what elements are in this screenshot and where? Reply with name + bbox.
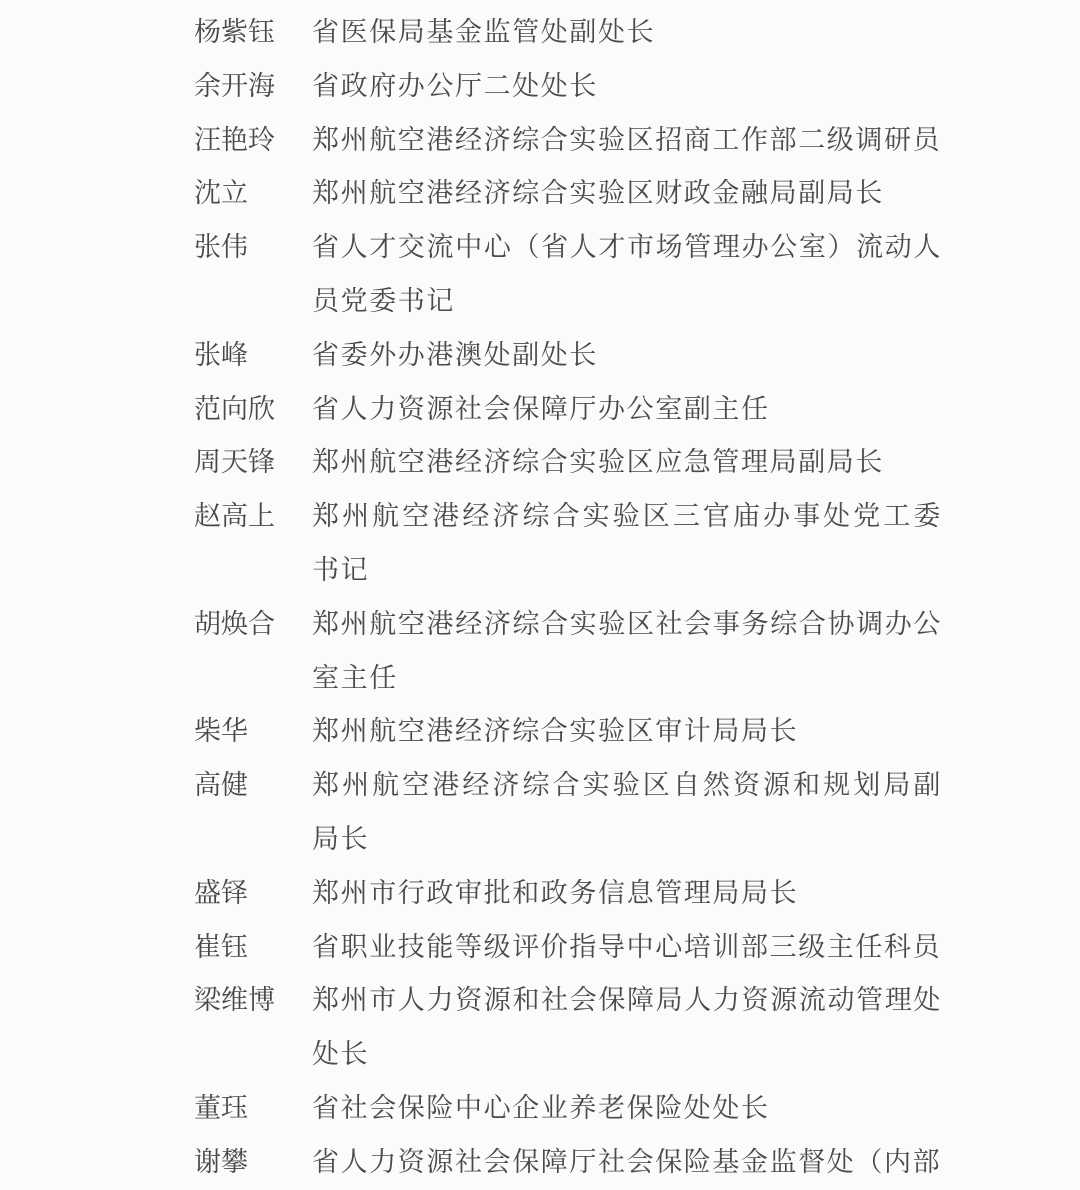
title-line: 郑州航空港经济综合实验区审计局局长: [312, 705, 942, 759]
title-line: 省人力资源社会保障厅社会保险基金监督处（内部: [312, 1136, 942, 1190]
person-name: 汪艳玲: [194, 114, 286, 168]
roster-entry: 沈立郑州航空港经济综合实验区财政金融局副局长: [194, 167, 952, 221]
document-page: 杨紫钰省医保局基金监管处副处长余开海省政府办公厅二处处长汪艳玲郑州航空港经济综合…: [0, 0, 1080, 1190]
roster-entry: 柴华郑州航空港经济综合实验区审计局局长: [194, 705, 952, 759]
roster-entry: 董珏省社会保险中心企业养老保险处处长: [194, 1082, 952, 1136]
position-title: 郑州航空港经济综合实验区招商工作部二级调研员: [312, 114, 942, 168]
position-title: 郑州市人力资源和社会保障局人力资源流动管理处处长: [312, 974, 942, 1082]
position-title: 郑州航空港经济综合实验区应急管理局副局长: [312, 436, 942, 490]
roster-entry: 崔钰省职业技能等级评价指导中心培训部三级主任科员: [194, 921, 952, 975]
position-title: 郑州航空港经济综合实验区审计局局长: [312, 705, 942, 759]
title-line: 书记: [312, 544, 942, 598]
roster-entry: 范向欣省人力资源社会保障厅办公室副主任: [194, 383, 952, 437]
title-line: 省人才交流中心（省人才市场管理办公室）流动人: [312, 221, 942, 275]
title-line: 郑州市人力资源和社会保障局人力资源流动管理处: [312, 974, 942, 1028]
person-name: 盛铎: [194, 867, 286, 921]
person-name: 崔钰: [194, 921, 286, 975]
person-name: 柴华: [194, 705, 286, 759]
position-title: 省人力资源社会保障厅社会保险基金监督处（内部: [312, 1136, 942, 1190]
person-name: 董珏: [194, 1082, 286, 1136]
roster-entry: 谢攀省人力资源社会保障厅社会保险基金监督处（内部: [194, 1136, 952, 1190]
position-title: 郑州市行政审批和政务信息管理局局长: [312, 867, 942, 921]
roster-entry: 汪艳玲郑州航空港经济综合实验区招商工作部二级调研员: [194, 114, 952, 168]
roster-entry: 张伟省人才交流中心（省人才市场管理办公室）流动人员党委书记: [194, 221, 952, 329]
title-line: 省政府办公厅二处处长: [312, 60, 942, 114]
roster-entry: 高健郑州航空港经济综合实验区自然资源和规划局副局长: [194, 759, 952, 867]
roster-entry: 盛铎郑州市行政审批和政务信息管理局局长: [194, 867, 952, 921]
title-line: 郑州航空港经济综合实验区自然资源和规划局副: [312, 759, 942, 813]
person-name: 张峰: [194, 329, 286, 383]
person-name: 周天锋: [194, 436, 286, 490]
position-title: 省医保局基金监管处副处长: [312, 6, 942, 60]
person-name: 高健: [194, 759, 286, 813]
title-line: 郑州航空港经济综合实验区招商工作部二级调研员: [312, 114, 942, 168]
position-title: 省人才交流中心（省人才市场管理办公室）流动人员党委书记: [312, 221, 942, 329]
roster-list: 杨紫钰省医保局基金监管处副处长余开海省政府办公厅二处处长汪艳玲郑州航空港经济综合…: [194, 6, 952, 1190]
title-line: 省人力资源社会保障厅办公室副主任: [312, 383, 942, 437]
title-line: 省医保局基金监管处副处长: [312, 6, 942, 60]
person-name: 张伟: [194, 221, 286, 275]
roster-entry: 胡焕合郑州航空港经济综合实验区社会事务综合协调办公室主任: [194, 598, 952, 706]
roster-entry: 赵高上郑州航空港经济综合实验区三官庙办事处党工委书记: [194, 490, 952, 598]
title-line: 郑州航空港经济综合实验区三官庙办事处党工委: [312, 490, 942, 544]
position-title: 省社会保险中心企业养老保险处处长: [312, 1082, 942, 1136]
title-line: 郑州航空港经济综合实验区财政金融局副局长: [312, 167, 942, 221]
position-title: 省政府办公厅二处处长: [312, 60, 942, 114]
person-name: 余开海: [194, 60, 286, 114]
title-line: 省委外办港澳处副处长: [312, 329, 942, 383]
position-title: 郑州航空港经济综合实验区社会事务综合协调办公室主任: [312, 598, 942, 706]
title-line: 处长: [312, 1028, 942, 1082]
position-title: 省职业技能等级评价指导中心培训部三级主任科员: [312, 921, 942, 975]
title-line: 员党委书记: [312, 275, 942, 329]
position-title: 省人力资源社会保障厅办公室副主任: [312, 383, 942, 437]
title-line: 室主任: [312, 652, 942, 706]
title-line: 郑州市行政审批和政务信息管理局局长: [312, 867, 942, 921]
title-line: 省社会保险中心企业养老保险处处长: [312, 1082, 942, 1136]
position-title: 郑州航空港经济综合实验区三官庙办事处党工委书记: [312, 490, 942, 598]
roster-entry: 张峰省委外办港澳处副处长: [194, 329, 952, 383]
position-title: 省委外办港澳处副处长: [312, 329, 942, 383]
person-name: 范向欣: [194, 383, 286, 437]
roster-entry: 梁维博郑州市人力资源和社会保障局人力资源流动管理处处长: [194, 974, 952, 1082]
title-line: 局长: [312, 813, 942, 867]
person-name: 梁维博: [194, 974, 286, 1028]
title-line: 省职业技能等级评价指导中心培训部三级主任科员: [312, 921, 942, 975]
position-title: 郑州航空港经济综合实验区自然资源和规划局副局长: [312, 759, 942, 867]
person-name: 胡焕合: [194, 598, 286, 652]
roster-entry: 杨紫钰省医保局基金监管处副处长: [194, 6, 952, 60]
title-line: 郑州航空港经济综合实验区应急管理局副局长: [312, 436, 942, 490]
title-line: 郑州航空港经济综合实验区社会事务综合协调办公: [312, 598, 942, 652]
person-name: 沈立: [194, 167, 286, 221]
person-name: 赵高上: [194, 490, 286, 544]
roster-entry: 余开海省政府办公厅二处处长: [194, 60, 952, 114]
roster-entry: 周天锋郑州航空港经济综合实验区应急管理局副局长: [194, 436, 952, 490]
position-title: 郑州航空港经济综合实验区财政金融局副局长: [312, 167, 942, 221]
person-name: 杨紫钰: [194, 6, 286, 60]
person-name: 谢攀: [194, 1136, 286, 1190]
